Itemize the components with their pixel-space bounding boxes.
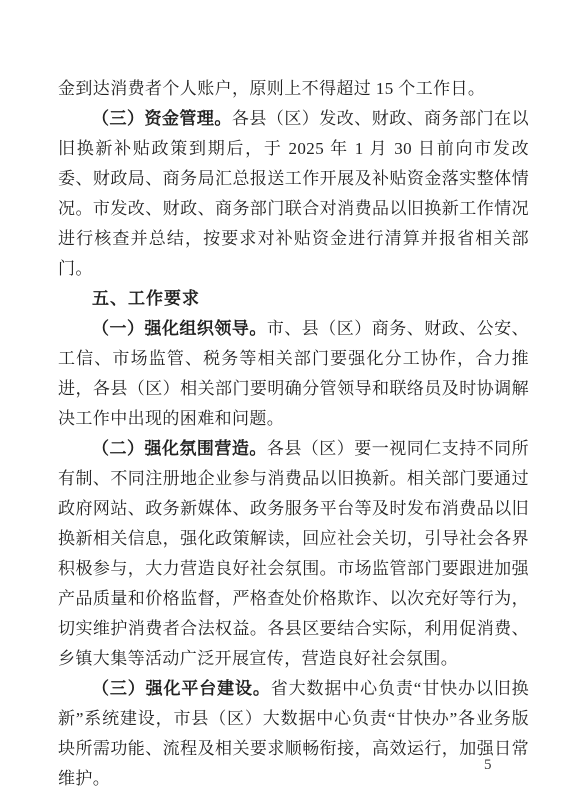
document-page: 金到达消费者个人账户，原则上不得超过 15 个工作日。（三）资金管理。各县（区）… bbox=[0, 0, 587, 811]
text-run: 各县（区）发改、财政、商务部门在以旧换新补贴政策到期后，于 2025 年 1 月… bbox=[58, 109, 529, 278]
text-run: 金到达消费者个人账户，原则上不得超过 15 个工作日。 bbox=[58, 79, 485, 98]
paragraph: （三）资金管理。各县（区）发改、财政、商务部门在以旧换新补贴政策到期后，于 20… bbox=[58, 104, 529, 284]
document-body: 金到达消费者个人账户，原则上不得超过 15 个工作日。（三）资金管理。各县（区）… bbox=[58, 74, 529, 794]
paragraph: 金到达消费者个人账户，原则上不得超过 15 个工作日。 bbox=[58, 74, 529, 104]
bold-run: （三）强化平台建设。 bbox=[92, 679, 271, 698]
paragraph: （三）强化平台建设。省大数据中心负责“甘快办以旧换新”系统建设，市县（区）大数据… bbox=[58, 674, 529, 794]
paragraph: （一）强化组织领导。市、县（区）商务、财政、公安、工信、市场监管、税务等相关部门… bbox=[58, 314, 529, 434]
paragraph: （二）强化氛围营造。各县（区）要一视同仁支持不同所有制、不同注册地企业参与消费品… bbox=[58, 434, 529, 674]
bold-run: 五、工作要求 bbox=[92, 289, 200, 308]
text-run: 各县（区）要一视同仁支持不同所有制、不同注册地企业参与消费品以旧换新。相关部门要… bbox=[58, 439, 529, 668]
bold-run: （三）资金管理。 bbox=[92, 109, 232, 128]
page-number: 5 bbox=[484, 755, 492, 775]
section-heading: 五、工作要求 bbox=[58, 284, 529, 314]
bold-run: （一）强化组织领导。 bbox=[92, 319, 267, 338]
bold-run: （二）强化氛围营造。 bbox=[92, 439, 267, 458]
